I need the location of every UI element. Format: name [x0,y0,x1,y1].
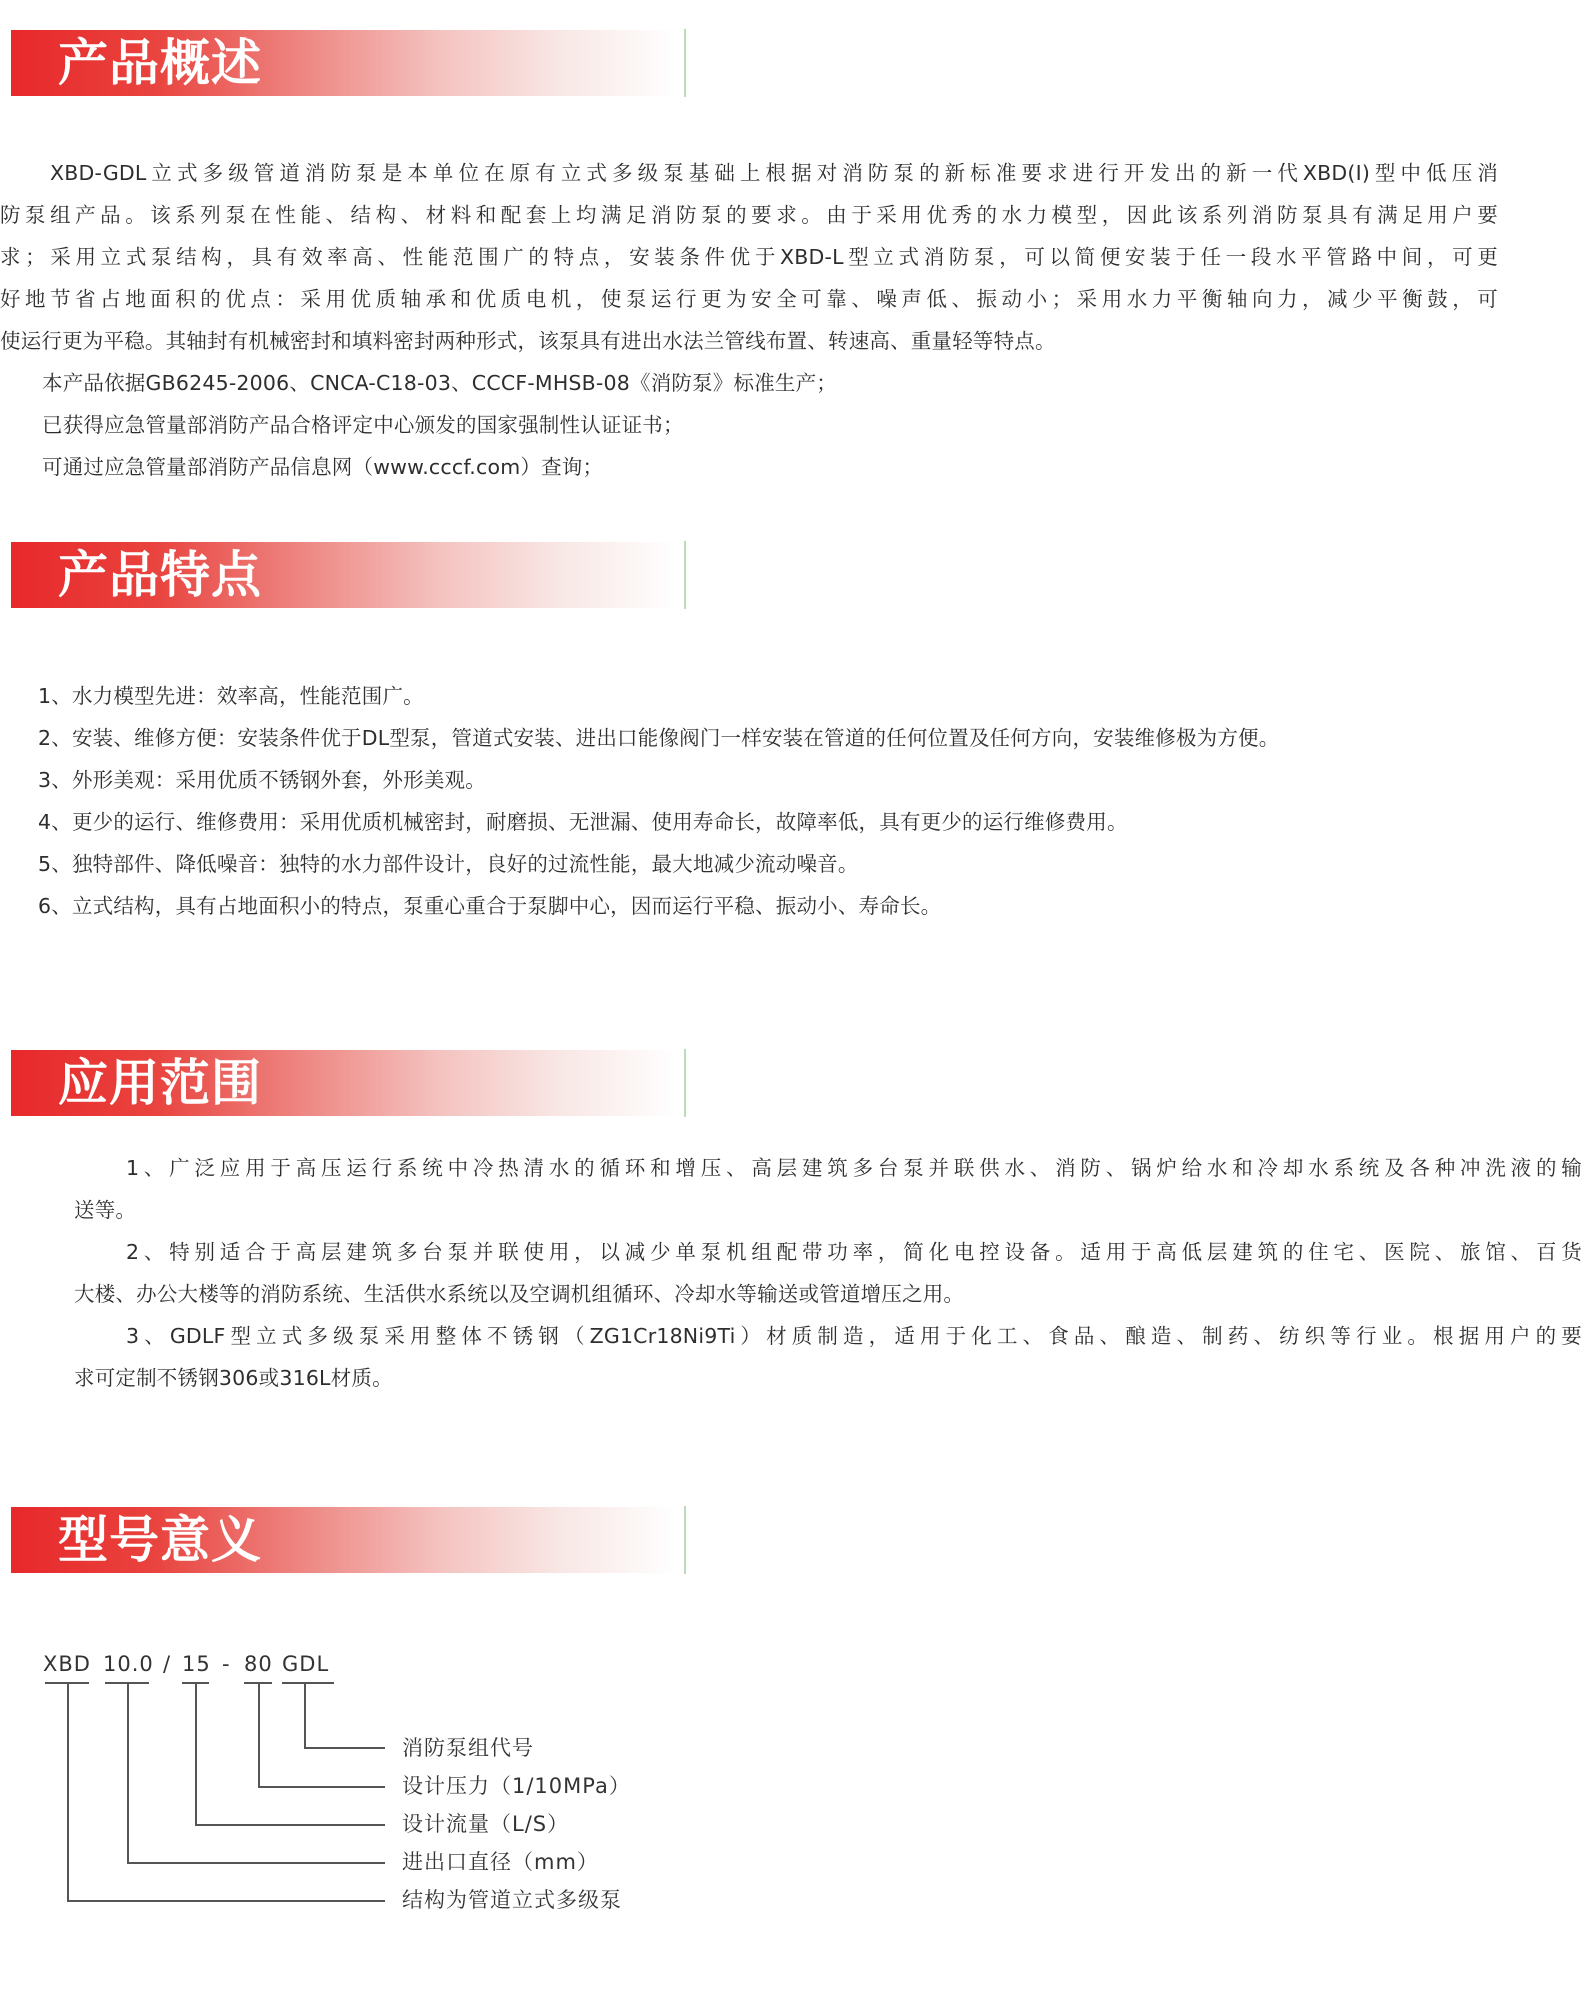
feature-item: 6、立式结构，具有占地面积小的特点，泵重心重合于泵脚中心，因而运行平稳、振动小、… [38,892,941,920]
divider-line [684,541,686,609]
connector-line [67,1683,69,1901]
connector-line [127,1862,385,1864]
application-line: 2、特别适合于高层建筑多台泵并联使用，以减少单泵机组配带功率，简化电控设备。适用… [74,1238,1582,1266]
divider-line [684,1049,686,1117]
query-line: 可通过应急管量部消防产品信息网（www.cccf.com）查询； [42,453,603,481]
connector-line [195,1824,385,1826]
section-title: 产品特点 [58,548,262,602]
model-part-diameter: 10.0 [103,1650,154,1678]
section-header-banner: 产品概述 [11,30,677,96]
application-line: 1、广泛应用于高压运行系统中冷热清水的循环和增压、高层建筑多台泵并联供水、消防、… [74,1154,1582,1182]
section-header-banner: 型号意义 [11,1507,677,1573]
standard-line: 本产品依据GB6245-2006、CNCA-C18-03、CCCF-MHSB-0… [42,369,837,397]
section-header-banner: 应用范围 [11,1050,677,1116]
connector-line [127,1683,129,1863]
feature-item: 5、独特部件、降低噪音：独特的水力部件设计，良好的过流性能，最大地减少流动噪音。 [38,850,859,878]
section-title: 产品概述 [58,36,262,90]
feature-item: 3、外形美观：采用优质不锈钢外套，外形美观。 [38,766,486,794]
section-header-banner: 产品特点 [11,542,677,608]
divider-line [684,29,686,97]
application-line: 3、GDLF型立式多级泵采用整体不锈钢（ZG1Cr18Ni9Ti）材质制造，适用… [74,1322,1582,1350]
feature-item: 4、更少的运行、维修费用：采用优质机械密封，耐磨损、无泄漏、使用寿命长，故障率低… [38,808,1128,836]
divider-line [684,1506,686,1574]
feature-item: 1、水力模型先进：效率高，性能范围广。 [38,682,424,710]
connector-line [304,1683,306,1748]
model-part-flow: 15 [182,1650,211,1678]
section-title: 应用范围 [58,1056,262,1110]
legend-label: 消防泵组代号 [402,1734,534,1762]
feature-item: 2、安装、维修方便：安装条件优于DL型泵，管道式安装、进出口能像阀门一样安装在管… [38,724,1279,752]
paragraph-line: XBD-GDL立式多级管道消防泵是本单位在原有立式多级泵基础上根据对消防泵的新标… [0,159,1498,187]
legend-label: 设计流量（L/S） [402,1810,569,1838]
connector-line [304,1747,385,1749]
connector-line [195,1683,197,1825]
model-part-pressure: 80 [244,1650,273,1678]
model-part-slash: / [163,1650,171,1678]
section-title: 型号意义 [58,1513,262,1567]
underline [282,1682,334,1684]
paragraph-line: 使运行更为平稳。其轴封有机械密封和填料密封两种形式，该泵具有进出水法兰管线布置、… [0,327,1056,355]
paragraph-line: 求；采用立式泵结构，具有效率高、性能范围广的特点，安装条件优于XBD-L型立式消… [0,243,1498,271]
certificate-line: 已获得应急管量部消防产品合格评定中心颁发的国家强制性认证证书； [42,411,684,439]
application-line: 送等。 [74,1196,136,1224]
legend-label: 结构为管道立式多级泵 [402,1886,622,1914]
legend-label: 设计压力（1/10MPa） [402,1772,631,1800]
model-part-dash: - [222,1650,231,1678]
legend-label: 进出口直径（mm） [402,1848,599,1876]
model-part-series: XBD [43,1650,91,1678]
paragraph-line: 防泵组产品。该系列泵在性能、结构、材料和配套上均满足消防泵的要求。由于采用优秀的… [0,201,1498,229]
application-line: 求可定制不锈钢306或316L材质。 [74,1364,393,1392]
connector-line [258,1683,260,1787]
connector-line [258,1786,385,1788]
model-part-code: GDL [282,1650,329,1678]
connector-line [67,1900,385,1902]
application-line: 大楼、办公大楼等的消防系统、生活供水系统以及空调机组循环、冷却水等输送或管道增压… [74,1280,964,1308]
paragraph-line: 好地节省占地面积的优点：采用优质轴承和优质电机，使泵运行更为安全可靠、噪声低、振… [0,285,1498,313]
